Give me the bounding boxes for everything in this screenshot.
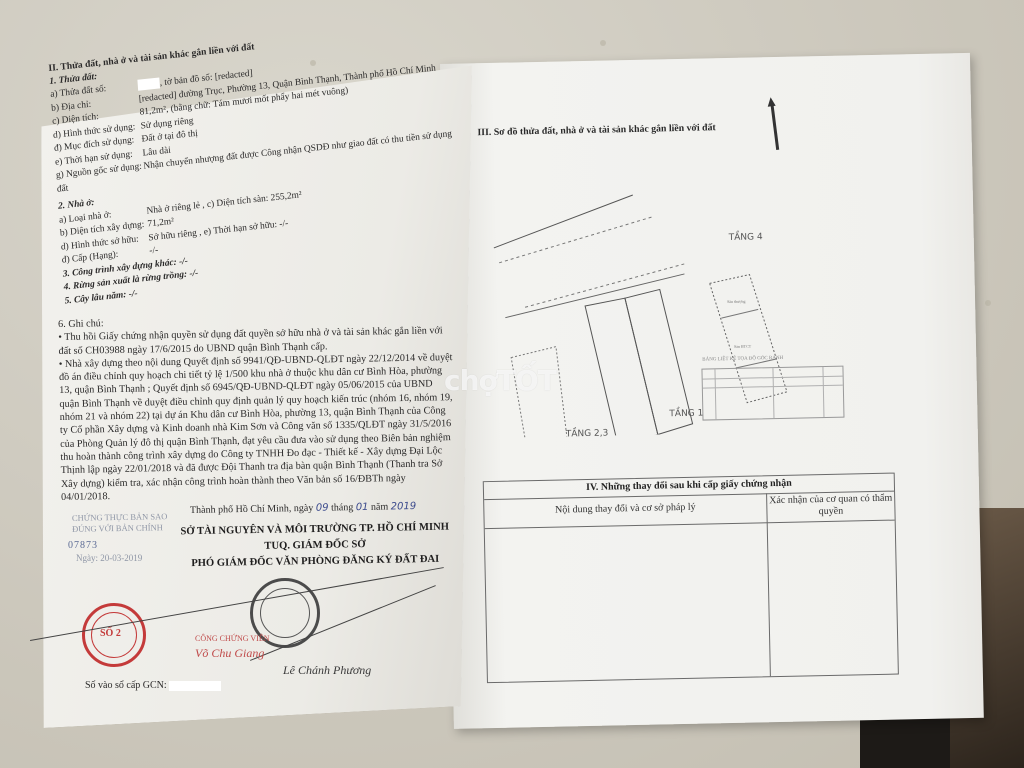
notary-title: CÔNG CHỨNG VIÊN — [195, 634, 270, 643]
redacted-block — [137, 78, 160, 91]
svg-text:Sân thượng: Sân thượng — [727, 299, 746, 304]
north-arrow-icon — [771, 105, 780, 150]
issuing-authority: SỞ TÀI NGUYÊN VÀ MÔI TRƯỜNG TP. HỒ CHÍ M… — [170, 519, 461, 572]
notary-name: Võ Chu Giang — [195, 646, 264, 661]
column-header-confirmation: Xác nhận của cơ quan có thẩm quyền — [767, 493, 894, 520]
svg-text:Sàn BTCT: Sàn BTCT — [734, 344, 752, 349]
stain — [600, 40, 606, 46]
signer-name: Lê Chánh Phương — [283, 663, 371, 678]
floor-label-2-3: TẦNG 2,3 — [566, 429, 609, 440]
floor-label-1: TẦNG 1 — [669, 409, 703, 420]
copy-stamp-number: 07873 — [68, 540, 98, 551]
notary-seal-label: SỐ 2 — [100, 628, 121, 639]
note-item: • Nhà xây dựng theo nội dung Quyết định … — [59, 351, 456, 504]
land-house-details: II. Thửa đất, nhà ở và tài sản khác gắn … — [48, 20, 463, 308]
stain — [985, 300, 991, 306]
redacted-block — [169, 681, 221, 691]
certified-copy-stamp: CHỨNG THỰC BẢN SAO ĐÚNG VỚI BẢN CHÍNH — [72, 511, 168, 535]
section-3-title: III. Sơ đồ thửa đất, nhà ở và tài sản kh… — [477, 122, 715, 138]
column-header-content: Nội dung thay đổi và cơ sở pháp lý — [484, 500, 766, 517]
certificate-register-number: Số vào sổ cấp GCN: — [85, 680, 221, 691]
changes-table: IV. Những thay đổi sau khi cấp giấy chứn… — [483, 473, 899, 684]
watermark-logo: chợTỐT — [444, 364, 556, 397]
coordinate-table: BẢNG LIỆT KÊ TỌA ĐỘ GÓC RANH — [701, 366, 844, 421]
floor-label-4: TẦNG 4 — [729, 232, 763, 243]
copy-stamp-date: Ngày: 20-03-2019 — [76, 553, 142, 563]
notes-section: 6. Ghi chú: • Thu hồi Giấy chứng nhận qu… — [58, 311, 456, 504]
